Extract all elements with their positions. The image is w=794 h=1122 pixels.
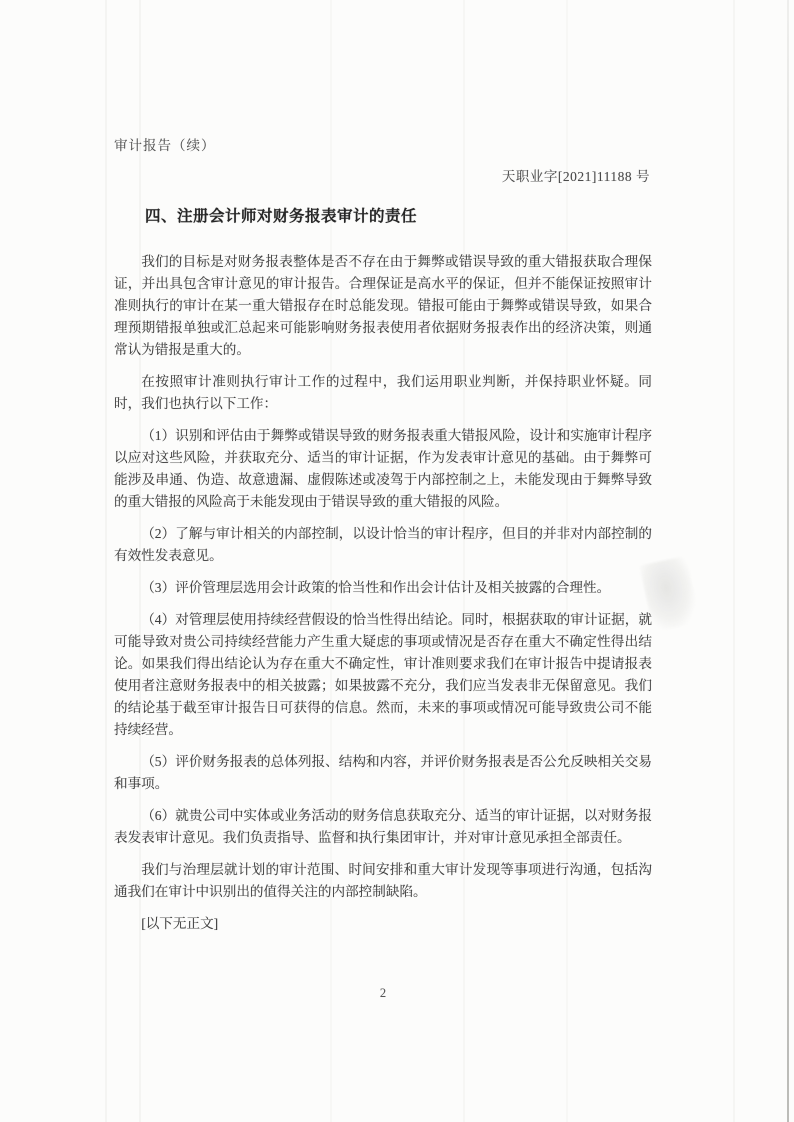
- scan-edge-shadow: [787, 0, 789, 1122]
- body-paragraph: （5）评价财务报表的总体列报、结构和内容，并评价财务报表是否公允反映相关交易和事…: [114, 751, 652, 795]
- body-paragraph: （4）对管理层使用持续经营假设的恰当性得出结论。同时，根据获取的审计证据，就可能…: [114, 609, 652, 741]
- body-paragraph: （1）识别和评估由于舞弊或错误导致的财务报表重大错报风险，设计和实施审计程序以应…: [114, 425, 652, 513]
- scan-streak: [105, 0, 107, 1122]
- body-paragraph: 我们的目标是对财务报表整体是否不存在由于舞弊或错误导致的重大错报获取合理保证，并…: [114, 251, 652, 361]
- body-paragraph: （6）就贵公司中实体或业务活动的财务信息获取充分、适当的审计证据，以对财务报表发…: [114, 805, 652, 849]
- scan-streak: [733, 0, 735, 1122]
- scanned-audit-report-page: 审计报告（续） 天职业字[2021]11188 号 四、注册会计师对财务报表审计…: [0, 0, 794, 1122]
- section-heading: 四、注册会计师对财务报表审计的责任: [114, 207, 652, 227]
- body-text-block: 我们的目标是对财务报表整体是否不存在由于舞弊或错误导致的重大错报获取合理保证，并…: [114, 251, 652, 903]
- body-paragraph: （3）评价管理层选用会计政策的恰当性和作出会计估计及相关披露的合理性。: [114, 577, 652, 599]
- closing-note: [以下无正文]: [114, 913, 652, 935]
- document-reference-number: 天职业字[2021]11188 号: [114, 167, 652, 186]
- page-number: 2: [114, 986, 652, 1001]
- document-content: 审计报告（续） 天职业字[2021]11188 号 四、注册会计师对财务报表审计…: [114, 137, 652, 935]
- body-paragraph: 我们与治理层就计划的审计范围、时间安排和重大审计发现等事项进行沟通，包括沟通我们…: [114, 859, 652, 903]
- body-paragraph: （2）了解与审计相关的内部控制，以设计恰当的审计程序，但目的并非对内部控制的有效…: [114, 523, 652, 567]
- body-paragraph: 在按照审计准则执行审计工作的过程中，我们运用职业判断，并保持职业怀疑。同时，我们…: [114, 371, 652, 415]
- page-header-label: 审计报告（续）: [114, 137, 652, 155]
